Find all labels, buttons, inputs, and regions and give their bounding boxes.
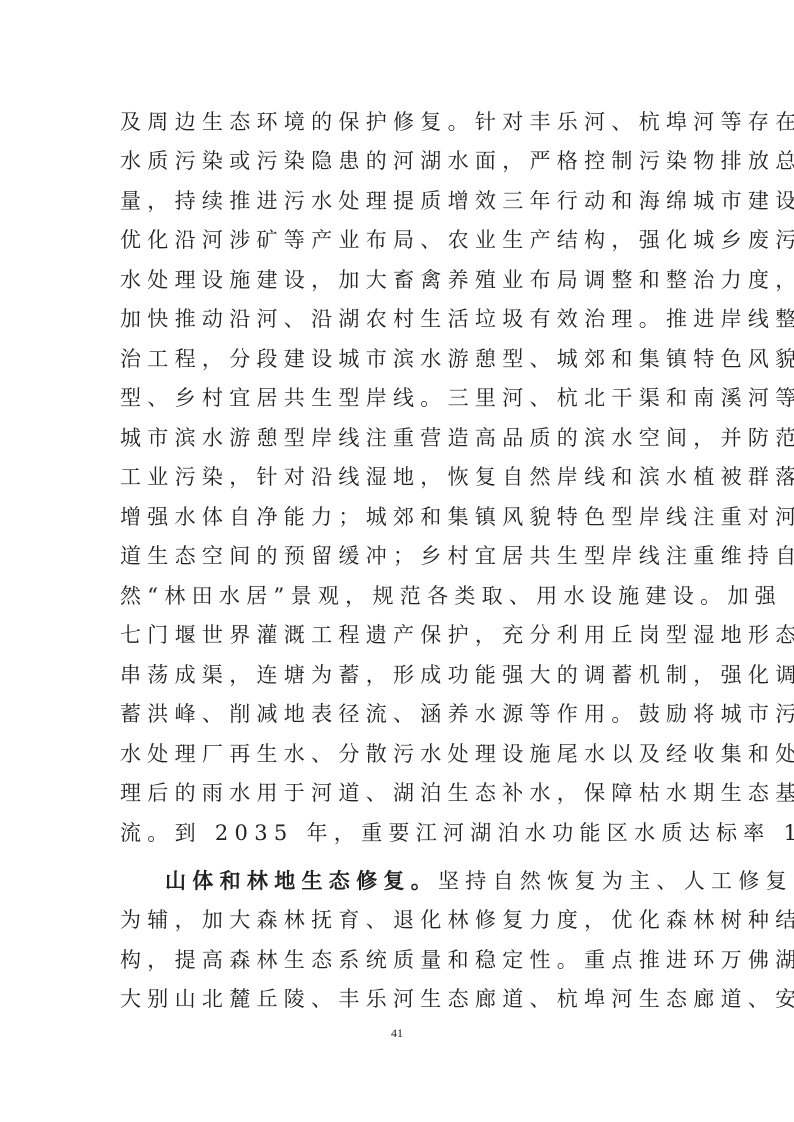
text-line: 理后的雨水用于河道、湖泊生态补水，保障枯水期生态基	[120, 778, 680, 808]
section-heading: 山体和林地生态修复。	[165, 868, 438, 893]
text-line: 工业污染，针对沿线湿地，恢复自然岸线和滨水植被群落，	[120, 462, 680, 492]
text-line: 量，持续推进污水处理提质增效三年行动和海绵城市建设，	[120, 186, 680, 216]
text-line: 构，提高森林生态系统质量和稳定性。重点推进环万佛湖、	[120, 945, 680, 975]
text-line: 水质污染或污染隐患的河湖水面，严格控制污染物排放总	[120, 146, 680, 176]
text-line: 城市滨水游憩型岸线注重营造高品质的滨水空间，并防范	[120, 423, 680, 453]
text-line: 蓄洪峰、削减地表径流、涵养水源等作用。鼓励将城市污	[120, 699, 680, 729]
text-line: 为辅，加大森林抚育、退化林修复力度，优化森林树种结	[120, 905, 680, 935]
text-line: 水处理厂再生水、分散污水处理设施尾水以及经收集和处	[120, 739, 680, 769]
text-line: 及周边生态环境的保护修复。针对丰乐河、杭埠河等存在	[120, 107, 680, 137]
text-line: 加快推动沿河、沿湖农村生活垃圾有效治理。推进岸线整	[120, 304, 680, 334]
text-line: 增强水体自净能力；城郊和集镇风貌特色型岸线注重对河	[120, 502, 680, 532]
text-line: 型、乡村宜居共生型岸线。三里河、杭北干渠和南溪河等	[120, 383, 680, 413]
text-line: 串荡成渠，连塘为蓄，形成功能强大的调蓄机制，强化调	[120, 660, 680, 690]
text-line: 水处理设施建设，加大畜禽养殖业布局调整和整治力度，	[120, 265, 680, 295]
text-line: 流。到 2035 年，重要江河湖泊水功能区水质达标率 100%。	[120, 818, 680, 848]
text-line: 大别山北麓丘陵、丰乐河生态廊道、杭埠河生态廊道、安	[120, 984, 680, 1014]
text-line: 然“林田水居”景观，规范各类取、用水设施建设。加强	[120, 581, 680, 611]
text-line: 治工程，分段建设城市滨水游憩型、城郊和集镇特色风貌	[120, 344, 680, 374]
section-first-line-text: 坚持自然恢复为主、人工修复	[438, 869, 793, 893]
page-number: 41	[387, 1026, 407, 1041]
document-page: 及周边生态环境的保护修复。针对丰乐河、杭埠河等存在 水质污染或污染隐患的河湖水面…	[0, 0, 794, 1122]
text-line: 优化沿河涉矿等产业布局、农业生产结构，强化城乡废污	[120, 225, 680, 255]
section-first-line: 山体和林地生态修复。坚持自然恢复为主、人工修复	[165, 866, 725, 896]
text-line: 道生态空间的预留缓冲；乡村宜居共生型岸线注重维持自	[120, 541, 680, 571]
text-line: 七门堰世界灌溉工程遗产保护，充分利用丘岗型湿地形态，	[120, 620, 680, 650]
